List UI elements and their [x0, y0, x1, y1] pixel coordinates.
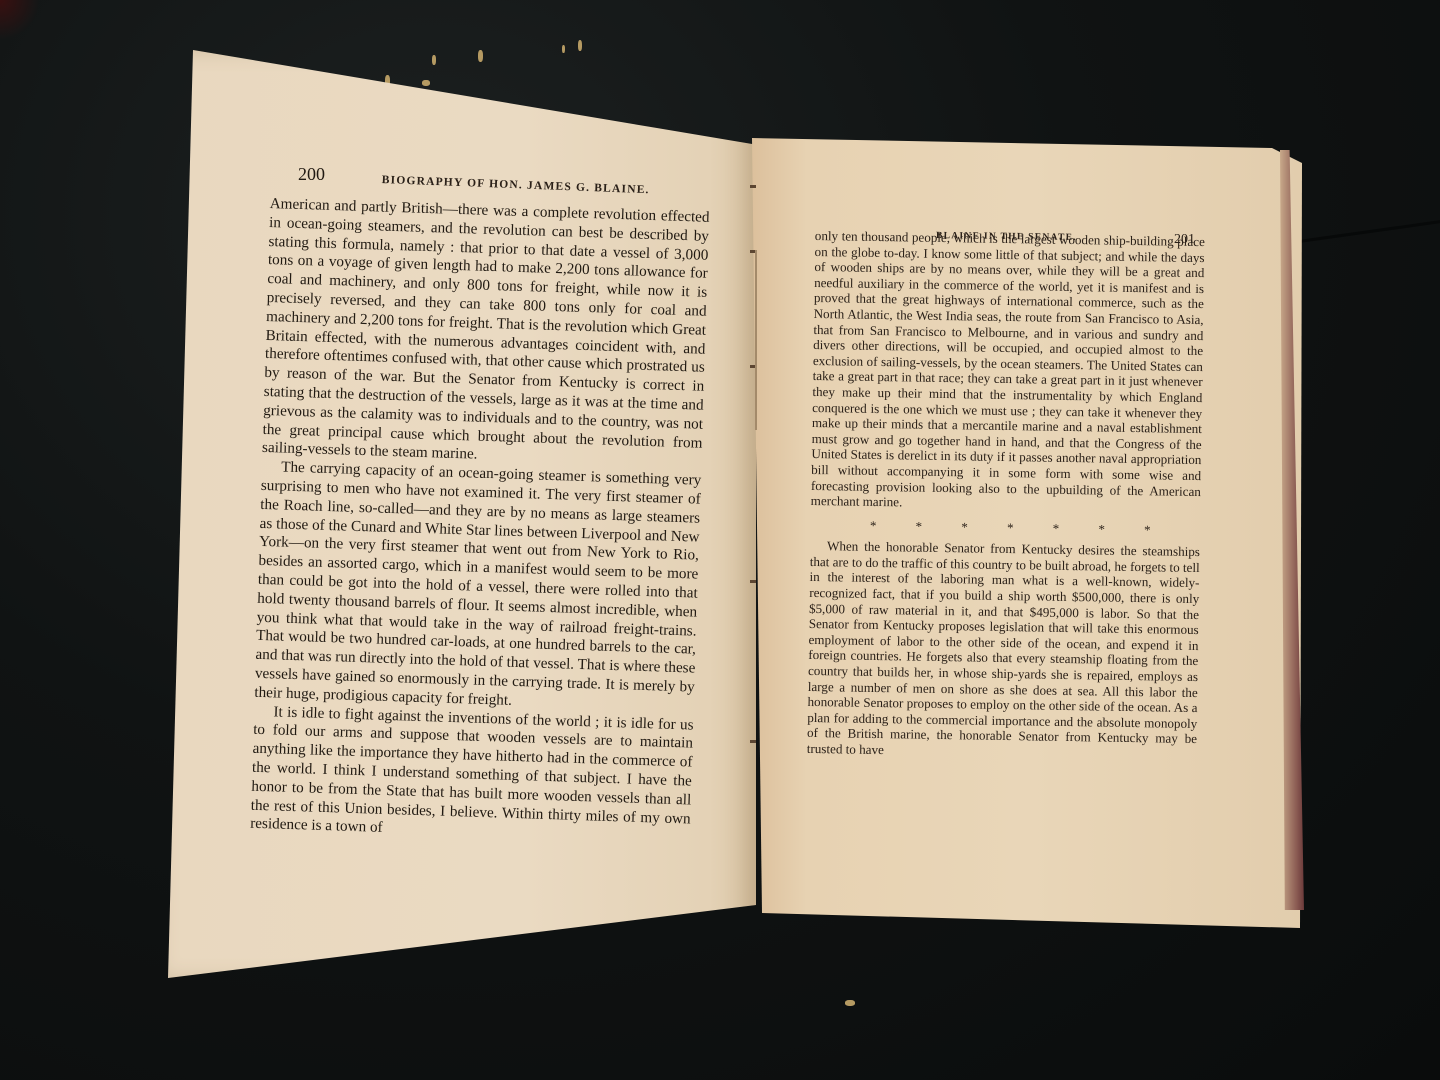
- fabric-fold: [1291, 219, 1440, 244]
- asterisk: *: [1144, 522, 1151, 538]
- paragraph: The carrying capacity of an ocean-going …: [254, 458, 701, 716]
- page-number-left: 200: [298, 164, 325, 185]
- fabric-shadow: [0, 0, 40, 40]
- asterisk: *: [916, 518, 923, 534]
- binding-stitch: [750, 580, 756, 583]
- binding-stitch: [750, 185, 756, 188]
- paper-crumb: [432, 55, 436, 65]
- paper-crumb: [845, 1000, 855, 1006]
- paragraph: American and partly British—there was a …: [262, 195, 710, 472]
- asterisk: *: [961, 519, 968, 535]
- asterisk: *: [870, 518, 877, 534]
- binding-thread: [755, 250, 757, 430]
- paragraph: When the honorable Senator from Kentucky…: [807, 538, 1200, 762]
- asterisk: *: [1007, 520, 1014, 536]
- asterisk: *: [1098, 521, 1105, 537]
- binding-stitch: [750, 740, 756, 743]
- paragraph: It is idle to fight against the inventio…: [250, 702, 694, 847]
- paper-crumb: [562, 45, 565, 53]
- paper-crumb: [578, 40, 582, 51]
- paper-crumb: [478, 50, 483, 62]
- left-page-body: American and partly British—there was a …: [250, 195, 710, 848]
- right-page-body: only ten thousand people, which is the l…: [807, 228, 1205, 763]
- asterisk: *: [1053, 520, 1060, 536]
- paragraph: only ten thousand people, which is the l…: [811, 228, 1205, 515]
- paper-crumb: [422, 80, 430, 86]
